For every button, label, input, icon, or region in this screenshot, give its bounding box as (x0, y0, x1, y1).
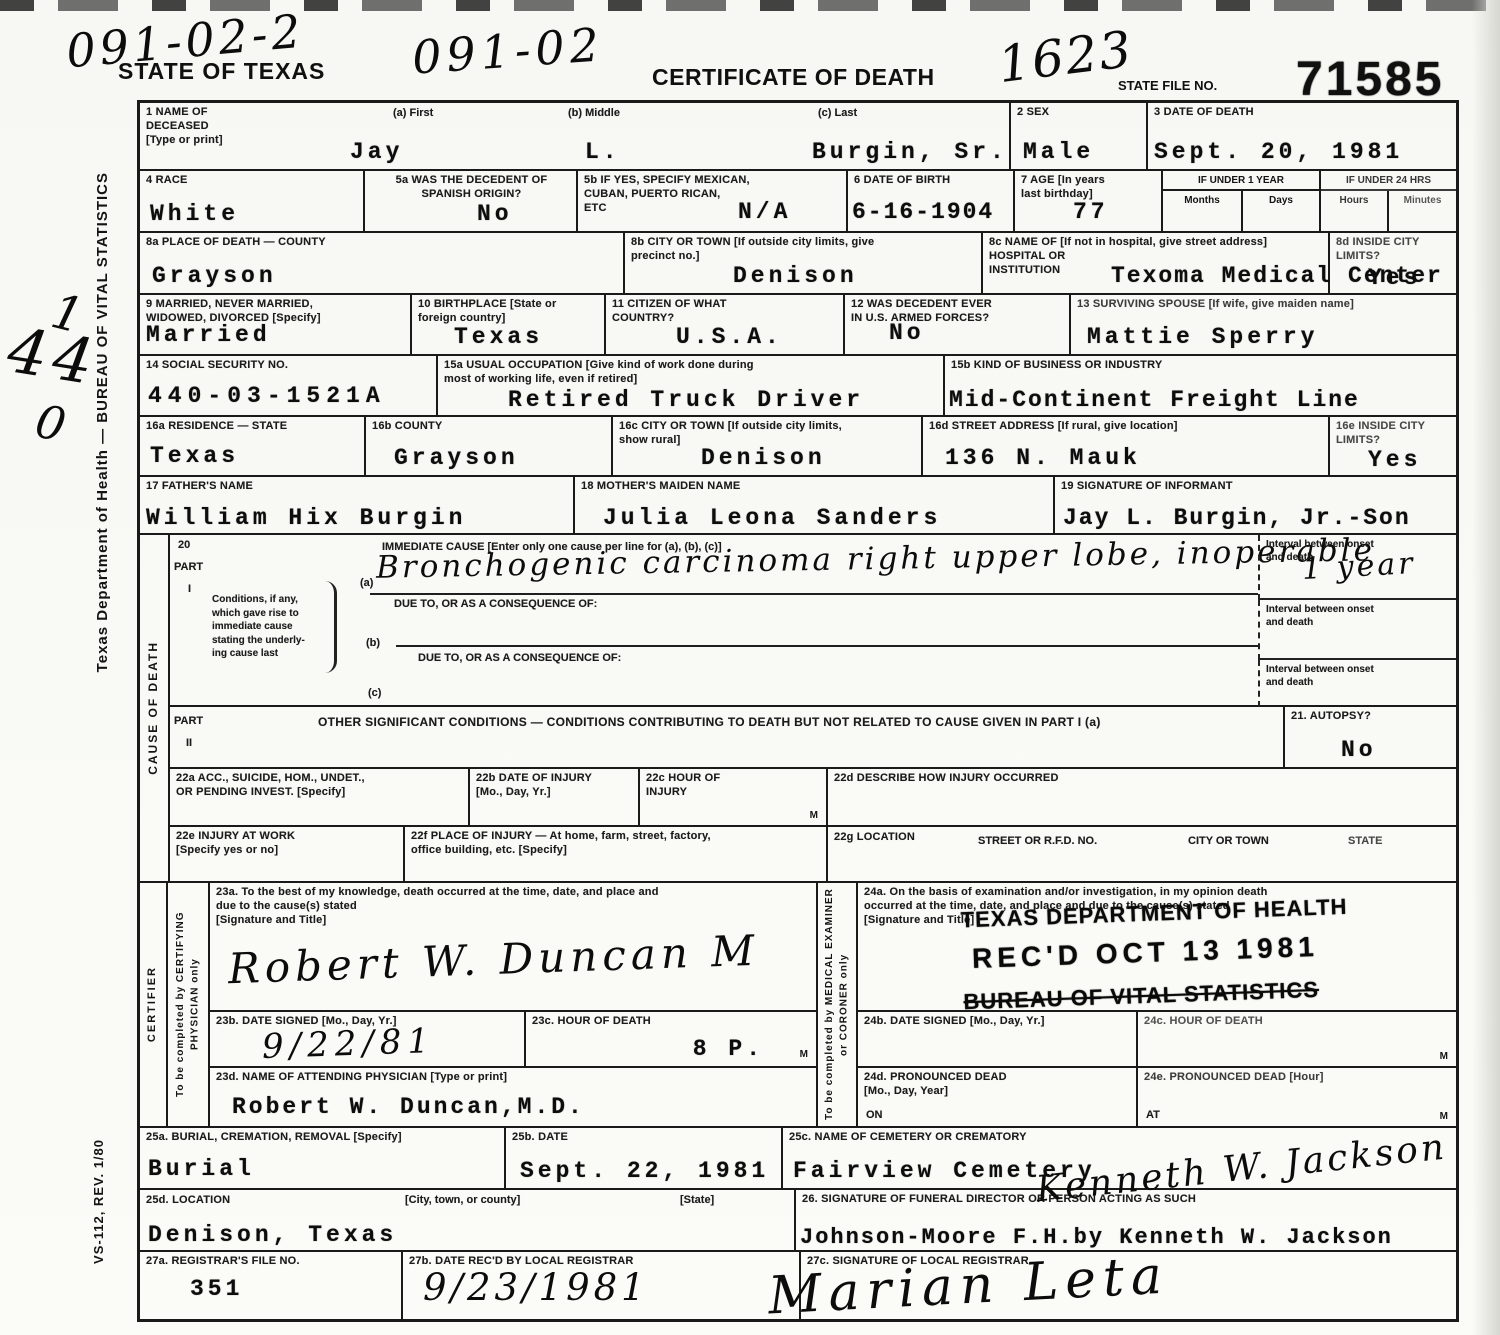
field-24d-label: 24d. PRONOUNCED DEAD [Mo., Day, Year] (858, 1068, 1136, 1099)
field-23d-attending-physician: 23d. NAME OF ATTENDING PHYSICIAN [Type o… (210, 1068, 818, 1128)
part-2-word: PART (174, 715, 203, 728)
field-23a-certification: 23a. To the best of my knowledge, death … (210, 883, 818, 1012)
location-state-label: STATE (1348, 835, 1382, 848)
due-to-label-1: DUE TO, OR AS A CONSEQUENCE OF: (394, 598, 597, 611)
interval-label-b: Interval between onset and death (1266, 603, 1374, 629)
field-5b-label: 5b IF YES, SPECIFY MEXICAN, CUBAN, PUERT… (578, 171, 846, 215)
value-residence-state: Texas (150, 443, 239, 469)
field-24c-label: 24c. HOUR OF DEATH (1138, 1012, 1456, 1029)
field-24e-label: 24e. PRONOUNCED DEAD [Hour] (1138, 1068, 1456, 1085)
form-code-vertical: VS-112, REV. 1/80 (84, 1082, 114, 1320)
line-b-underline (396, 645, 1258, 647)
value-burial-date: Sept. 22, 1981 (520, 1158, 769, 1184)
field-17-label: 17 FATHER'S NAME (140, 477, 573, 494)
margin-agency-text: Texas Department of Health — BUREAU OF V… (86, 100, 120, 745)
field-23c-hour-of-death: 23c. HOUR OF DEATH 8 P. M (526, 1012, 818, 1068)
medical-examiner-strip-label: To be completed by MEDICAL EXAMINER or C… (823, 883, 852, 1126)
value-residence-inside-city: Yes (1368, 447, 1421, 473)
value-death-city: Denison (733, 263, 858, 289)
value-last-name: Burgin, Sr. (812, 139, 1008, 165)
value-middle-name: L. (585, 139, 621, 165)
field-15a-usual-occupation: 15a USUAL OCCUPATION [Give kind of work … (438, 356, 945, 417)
field-4-label: 4 RACE (140, 171, 363, 188)
field-12-label: 12 WAS DECEDENT EVER IN U.S. ARMED FORCE… (845, 295, 1069, 326)
line-a-tag: (a) (360, 577, 373, 590)
cause-of-death-strip: CAUSE OF DEATH (140, 535, 170, 883)
value-mothers-maiden-name: Julia Leona Sanders (603, 505, 941, 531)
field-24e-pronounced-dead-hour: 24e. PRONOUNCED DEAD [Hour] AT M (1138, 1068, 1456, 1128)
field-24b-label: 24b. DATE SIGNED [Mo., Day, Yr.] (858, 1012, 1136, 1029)
field-5a-label: 5a WAS THE DECEDENT OF SPANISH ORIGIN? (365, 171, 576, 202)
received-stamp: TEXAS DEPARTMENT OF HEALTH REC'D OCT 13 … (960, 893, 1384, 1016)
field-22f-place-of-injury: 22f PLACE OF INJURY — At home, farm, str… (405, 827, 828, 883)
stamp-line-2: REC'D OCT 13 1981 (971, 929, 1382, 975)
field-7-age: 7 AGE [In years last birthday] 77 (1015, 171, 1163, 233)
part-2-other-conditions: PART II OTHER SIGNIFICANT CONDITIONS — C… (170, 707, 1285, 769)
field-15a-label: 15a USUAL OCCUPATION [Give kind of work … (438, 356, 943, 387)
field-22a-accident-suicide: 22a ACC., SUICIDE, HOM., UNDET., OR PEND… (170, 769, 470, 827)
value-burial-location: Denison, Texas (148, 1222, 397, 1248)
field-16b-residence-county: 16b COUNTY Grayson (366, 417, 613, 477)
under-1-year-days-cell: Days (1243, 191, 1319, 231)
value-date-of-birth: 6-16-1904 (852, 199, 994, 225)
value-hour-of-death: 8 P. (693, 1036, 764, 1062)
field-5a-spanish-origin: 5a WAS THE DECEDENT OF SPANISH ORIGIN? N… (365, 171, 578, 233)
field-18-label: 18 MOTHER'S MAIDEN NAME (575, 477, 1053, 494)
field-16b-label: 16b COUNTY (366, 417, 611, 434)
field-24b-date-signed: 24b. DATE SIGNED [Mo., Day, Yr.] (858, 1012, 1138, 1068)
value-sex: Male (1023, 139, 1094, 165)
field-1a-first-label: (a) First (393, 107, 433, 120)
value-race: White (150, 201, 239, 227)
margin-handwritten-mark-3: 0 (31, 394, 71, 453)
certifier-strip-label: CERTIFIER (145, 966, 161, 1042)
under-24-hrs-label: IF UNDER 24 HRS (1321, 171, 1456, 191)
location-city-label: CITY OR TOWN (1188, 835, 1269, 848)
value-armed-forces: No (889, 320, 925, 346)
field-8d-label: 8d INSIDE CITY LIMITS? (1330, 233, 1456, 264)
field-1-name-of-deceased: 1 NAME OF DECEASED [Type or print] (a) F… (140, 103, 1011, 171)
field-22b-label: 22b DATE OF INJURY [Mo., Day, Yr.] (470, 769, 638, 800)
handwritten-code-middle: 091-02 (410, 17, 605, 84)
part-2-text: OTHER SIGNIFICANT CONDITIONS — CONDITION… (318, 715, 1101, 729)
field-22c-hour-of-injury: 22c HOUR OF INJURY M (640, 769, 828, 827)
field-22g-label: 22g LOCATION (828, 828, 919, 845)
field-16c-residence-city: 16c CITY OR TOWN [If outside city limits… (613, 417, 923, 477)
field-13-surviving-spouse: 13 SURVIVING SPOUSE [If wife, give maide… (1071, 295, 1456, 356)
value-industry: Mid-Continent Freight Line (949, 387, 1360, 413)
field-14-label: 14 SOCIAL SECURITY NO. (140, 356, 436, 373)
field-8a-place-of-death-county: 8a PLACE OF DEATH — COUNTY Grayson (140, 233, 625, 295)
value-street-address: 136 N. Mauk (945, 445, 1141, 471)
value-date-of-death: Sept. 20, 1981 (1154, 139, 1403, 165)
certifying-physician-strip: To be completed by CERTIFYING PHYSICIAN … (168, 883, 210, 1128)
field-22d-label: 22d DESCRIBE HOW INJURY OCCURRED (828, 769, 1456, 786)
field-23a-label: 23a. To the best of my knowledge, death … (210, 883, 816, 927)
value-surviving-spouse: Mattie Sperry (1087, 324, 1318, 350)
meridiem-mark-23c: M (800, 1049, 808, 1060)
field-20-number: 20 (178, 539, 190, 552)
medical-examiner-strip: To be completed by MEDICAL EXAMINER or C… (818, 883, 858, 1128)
field-8c-hospital: 8c NAME OF [If not in hospital, give str… (983, 233, 1330, 295)
part-2-roman: II (186, 737, 192, 750)
location-state-sub-label: [State] (680, 1194, 714, 1207)
value-funeral-director: Johnson-Moore F.H.by Kenneth W. Jackson (800, 1225, 1393, 1250)
part-1-immediate-cause: 20 PART I IMMEDIATE CAUSE [Enter only on… (170, 535, 1456, 707)
value-age: 77 (1073, 199, 1109, 225)
value-citizen: U.S.A. (676, 324, 783, 350)
cause-of-death-strip-label: CAUSE OF DEATH (145, 641, 162, 775)
field-19-signature-of-informant: 19 SIGNATURE OF INFORMANT Jay L. Burgin,… (1055, 477, 1456, 535)
interval-box-a: Interval between onset and death 1 year (1258, 535, 1456, 600)
handwritten-interval-a: 1 year (1301, 546, 1416, 587)
field-22b-date-of-injury: 22b DATE OF INJURY [Mo., Day, Yr.] (470, 769, 640, 827)
field-1b-middle-label: (b) Middle (568, 107, 620, 120)
field-if-under-1-year: IF UNDER 1 YEAR Months Days (1163, 171, 1321, 233)
pronounced-dead-at-label: AT (1146, 1109, 1160, 1122)
field-6-label: 6 DATE OF BIRTH (848, 171, 1013, 188)
days-label: Days (1243, 191, 1319, 206)
under-1-year-months-cell: Months (1163, 191, 1243, 231)
interval-label-c: Interval between onset and death (1266, 663, 1374, 689)
field-16c-label: 16c CITY OR TOWN [If outside city limits… (613, 417, 921, 448)
value-autopsy: No (1341, 737, 1377, 763)
value-burial: Burial (148, 1156, 255, 1182)
field-22f-label: 22f PLACE OF INJURY — At home, farm, str… (405, 827, 826, 858)
value-death-county: Grayson (152, 263, 277, 289)
field-9-marital-status: 9 MARRIED, NEVER MARRIED, WIDOWED, DIVOR… (140, 295, 412, 356)
field-if-under-24-hrs: IF UNDER 24 HRS Hours Minutes (1321, 171, 1456, 233)
field-15b-business-industry: 15b KIND OF BUSINESS OR INDUSTRY Mid-Con… (945, 356, 1456, 417)
value-spanish-specify: N/A (738, 199, 791, 225)
field-22g-location: 22g LOCATION STREET OR R.F.D. NO. CITY O… (828, 827, 1456, 883)
field-21-label: 21. AUTOPSY? (1285, 707, 1456, 724)
field-16d-label: 16d STREET ADDRESS [If rural, give locat… (923, 417, 1328, 434)
value-informant: Jay L. Burgin, Jr.-Son (1063, 505, 1411, 531)
conditions-brace (320, 581, 337, 673)
field-21-autopsy: 21. AUTOPSY? No (1285, 707, 1456, 769)
field-15b-label: 15b KIND OF BUSINESS OR INDUSTRY (945, 356, 1456, 373)
value-birthplace: Texas (454, 324, 543, 350)
field-2-label: 2 SEX (1011, 103, 1146, 120)
interval-box-b: Interval between onset and death (1258, 600, 1456, 660)
value-occupation: Retired Truck Driver (508, 387, 864, 413)
form-code-label: VS-112, REV. 1/80 (90, 1139, 109, 1264)
value-marital-status: Married (146, 322, 271, 348)
state-file-number: 71585 (1296, 52, 1444, 107)
value-attending-physician: Robert W. Duncan,M.D. (232, 1094, 585, 1120)
field-23c-label: 23c. HOUR OF DEATH (526, 1012, 816, 1029)
certificate-title: CERTIFICATE OF DEATH (652, 64, 935, 91)
field-14-social-security: 14 SOCIAL SECURITY NO. 440-03-1521A (140, 356, 438, 417)
field-8a-label: 8a PLACE OF DEATH — COUNTY (140, 233, 623, 250)
field-22a-label: 22a ACC., SUICIDE, HOM., UNDET., OR PEND… (170, 769, 468, 800)
field-22d-describe-injury: 22d DESCRIBE HOW INJURY OCCURRED (828, 769, 1456, 827)
handwritten-date-signed: 9/22/81 (261, 1021, 435, 1067)
field-22c-label: 22c HOUR OF INJURY (640, 769, 826, 800)
conditions-note: Conditions, if any, which gave rise to i… (212, 593, 305, 661)
field-2-sex: 2 SEX Male (1011, 103, 1148, 171)
field-12-armed-forces: 12 WAS DECEDENT EVER IN U.S. ARMED FORCE… (845, 295, 1071, 356)
field-3-label: 3 DATE OF DEATH (1148, 103, 1456, 120)
field-25b-date: 25b. DATE Sept. 22, 1981 (506, 1128, 783, 1190)
field-23b-date-signed: 23b. DATE SIGNED [Mo., Day, Yr.] 9/22/81 (210, 1012, 526, 1068)
due-to-label-2: DUE TO, OR AS A CONSEQUENCE OF: (418, 652, 621, 665)
value-death-inside-city: Yes (1368, 265, 1421, 291)
field-17-fathers-name: 17 FATHER'S NAME William Hix Burgin (140, 477, 575, 535)
field-13-label: 13 SURVIVING SPOUSE [If wife, give maide… (1071, 295, 1456, 312)
field-25a-burial-cremation: 25a. BURIAL, CREMATION, REMOVAL [Specify… (140, 1128, 506, 1190)
scan-right-shadow (1472, 0, 1500, 1335)
value-residence-city: Denison (701, 445, 826, 471)
physician-signature: Robert W. Duncan M (227, 926, 760, 994)
meridiem-mark-24c: M (1440, 1051, 1448, 1062)
field-11-label: 11 CITIZEN OF WHAT COUNTRY? (606, 295, 843, 326)
field-27a-label: 27a. REGISTRAR'S FILE NO. (140, 1252, 401, 1269)
location-city-sub-label: [City, town, or county] (405, 1194, 520, 1207)
under-24-hrs-hours-cell: Hours (1321, 191, 1389, 231)
line-a-underline (370, 593, 1258, 595)
field-16d-street-address: 16d STREET ADDRESS [If rural, give locat… (923, 417, 1330, 477)
months-label: Months (1163, 191, 1241, 206)
field-9-label: 9 MARRIED, NEVER MARRIED, WIDOWED, DIVOR… (140, 295, 410, 326)
field-7-label: 7 AGE [In years last birthday] (1015, 171, 1161, 202)
certificate-form-grid: 1 NAME OF DECEASED [Type or print] (a) F… (137, 100, 1459, 1322)
field-11-citizen: 11 CITIZEN OF WHAT COUNTRY? U.S.A. (606, 295, 845, 356)
under-24-hrs-minutes-cell: Minutes (1389, 191, 1456, 231)
field-16a-label: 16a RESIDENCE — STATE (140, 417, 364, 434)
meridiem-mark-22c: M (810, 810, 818, 821)
field-16e-inside-city-limits: 16e INSIDE CITY LIMITS? Yes (1330, 417, 1456, 477)
field-25d-label: 25d. LOCATION (140, 1191, 234, 1208)
handwritten-date-recd: 9/23/1981 (423, 1266, 649, 1309)
minutes-label: Minutes (1389, 191, 1456, 206)
value-first-name: Jay (350, 139, 403, 165)
state-title: STATE OF TEXAS (118, 58, 325, 85)
field-19-label: 19 SIGNATURE OF INFORMANT (1055, 477, 1456, 494)
field-22e-label: 22e INJURY AT WORK [Specify yes or no] (170, 827, 403, 858)
part-1-roman: I (188, 583, 191, 596)
under-1-year-label: IF UNDER 1 YEAR (1163, 171, 1319, 191)
margin-handwritten-mark-2: 44 (3, 313, 104, 399)
field-4-race: 4 RACE White (140, 171, 365, 233)
field-27b-date-recd: 27b. DATE REC'D BY LOCAL REGISTRAR 9/23/… (403, 1252, 801, 1319)
certifier-strip: CERTIFIER (140, 883, 168, 1128)
field-16e-label: 16e INSIDE CITY LIMITS? (1330, 417, 1456, 448)
field-8b-label: 8b CITY OR TOWN [If outside city limits,… (625, 233, 981, 264)
location-street-label: STREET OR R.F.D. NO. (978, 835, 1097, 848)
field-10-label: 10 BIRTHPLACE [State or foreign country] (412, 295, 604, 326)
margin-agency-text-label: Texas Department of Health — BUREAU OF V… (92, 172, 114, 672)
state-file-no-label: STATE FILE NO. (1118, 78, 1217, 93)
death-certificate-scan: 091-02-2 091-02 STATE OF TEXAS CERTIFICA… (0, 0, 1500, 1335)
field-6-date-of-birth: 6 DATE OF BIRTH 6-16-1904 (848, 171, 1015, 233)
field-24c-hour-of-death: 24c. HOUR OF DEATH M (1138, 1012, 1456, 1068)
field-1c-last-label: (c) Last (818, 107, 857, 120)
field-8b-city-or-town: 8b CITY OR TOWN [If outside city limits,… (625, 233, 983, 295)
part-1-word: PART (174, 561, 203, 574)
field-25a-label: 25a. BURIAL, CREMATION, REMOVAL [Specify… (140, 1128, 504, 1145)
value-social-security: 440-03-1521A (148, 383, 386, 409)
meridiem-mark-24e: M (1440, 1111, 1448, 1122)
line-c-tag: (c) (368, 687, 381, 700)
field-10-birthplace: 10 BIRTHPLACE [State or foreign country]… (412, 295, 606, 356)
interval-box-c: Interval between onset and death (1258, 660, 1456, 707)
certifying-physician-strip-label: To be completed by CERTIFYING PHYSICIAN … (174, 883, 203, 1126)
field-25d-location: 25d. LOCATION [City, town, or county] [S… (140, 1190, 796, 1252)
field-23d-label: 23d. NAME OF ATTENDING PHYSICIAN [Type o… (210, 1068, 816, 1085)
value-fathers-name: William Hix Burgin (146, 505, 466, 531)
field-8d-inside-city-limits: 8d INSIDE CITY LIMITS? Yes (1330, 233, 1456, 295)
field-22e-injury-at-work: 22e INJURY AT WORK [Specify yes or no] (170, 827, 405, 883)
value-residence-county: Grayson (394, 445, 519, 471)
field-5b-spanish-specify: 5b IF YES, SPECIFY MEXICAN, CUBAN, PUERT… (578, 171, 848, 233)
field-3-date-of-death: 3 DATE OF DEATH Sept. 20, 1981 (1148, 103, 1456, 171)
value-spanish-origin: No (477, 201, 513, 227)
field-27a-registrars-file-no: 27a. REGISTRAR'S FILE NO. 351 (140, 1252, 403, 1319)
field-16a-residence-state: 16a RESIDENCE — STATE Texas (140, 417, 366, 477)
field-24d-pronounced-dead: 24d. PRONOUNCED DEAD [Mo., Day, Year] ON (858, 1068, 1138, 1128)
pronounced-dead-on-label: ON (866, 1109, 883, 1122)
hours-label: Hours (1321, 191, 1387, 206)
field-25b-label: 25b. DATE (506, 1128, 781, 1145)
handwritten-certificate-number: 1623 (995, 20, 1136, 94)
line-b-tag: (b) (366, 637, 380, 650)
value-registrars-file-no: 351 (190, 1276, 243, 1302)
field-18-mothers-maiden-name: 18 MOTHER'S MAIDEN NAME Julia Leona Sand… (575, 477, 1055, 535)
